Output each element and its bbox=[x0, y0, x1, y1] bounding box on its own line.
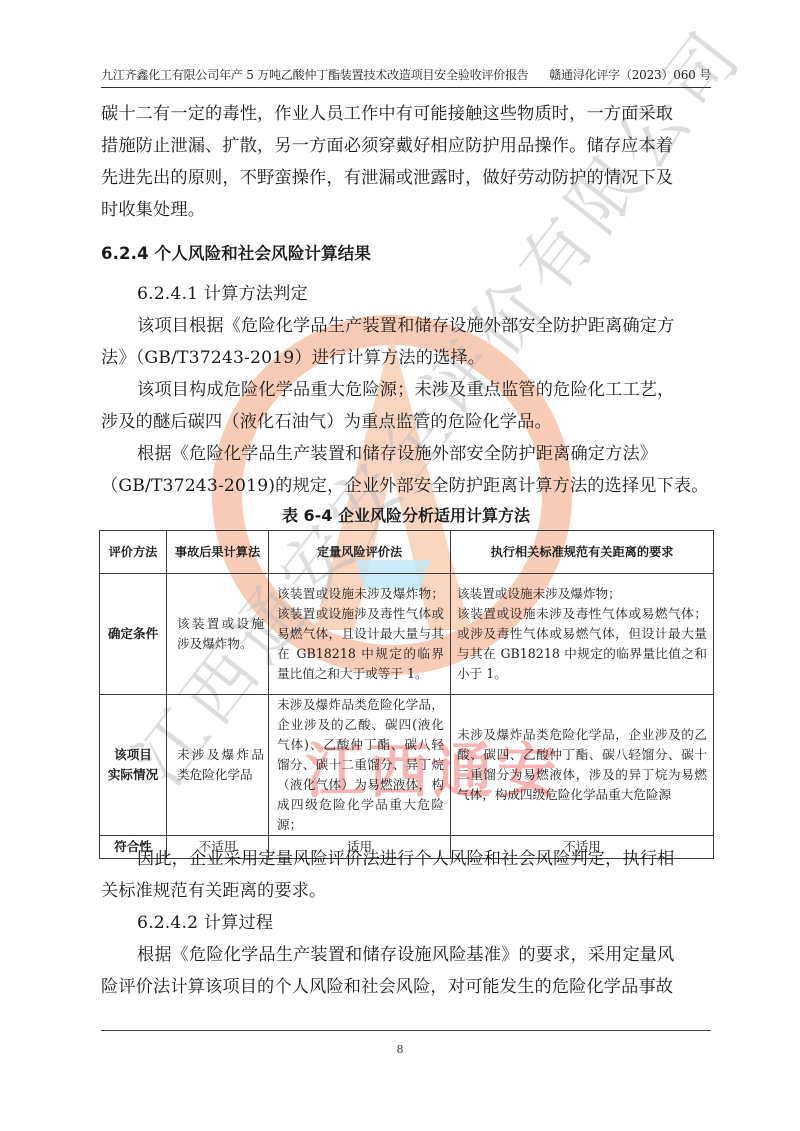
table-cell: 未涉及爆炸品类危险化学品，企业涉及的乙酸、碳四、乙酸仲丁酯、碳八轻馏分、碳十二重… bbox=[451, 695, 714, 836]
row-label: 该项目 实际情况 bbox=[100, 695, 167, 836]
paragraph-line: 险评价法计算该项目的个人风险和社会风险，对可能发生的危险化学品事故 bbox=[101, 976, 711, 998]
subsection-heading: 6.2.4.1 计算方法判定 bbox=[137, 283, 711, 305]
table-header-cell: 定量风险评价法 bbox=[269, 531, 451, 574]
table-cell: 未涉及爆炸品类危险化学品 bbox=[167, 695, 269, 836]
document-number: 赣通浔化评字（2023）060 号 bbox=[549, 66, 711, 84]
table-row: 确定条件 该装置或设施涉及爆炸物。 该装置或设施未涉及爆炸物；该装置或设施涉及毒… bbox=[100, 574, 714, 695]
paragraph-line: 根据《危险化学品生产装置和储存设施风险基准》的要求，采用定量风 bbox=[137, 944, 711, 966]
subsection-heading: 6.2.4.2 计算过程 bbox=[137, 912, 711, 934]
risk-method-table: 评价方法 事故后果计算法 定量风险评价法 执行相关标准规范有关距离的要求 确定条… bbox=[99, 530, 714, 859]
paragraph-line: 根据《危险化学品生产装置和储存设施外部安全防护距离确定方法》 bbox=[137, 443, 711, 465]
footer-divider bbox=[101, 1030, 711, 1031]
table-cell: 未涉及爆炸品类危险化学品，企业涉及的乙酸、碳四(液化气体)、乙酸仲丁酯、碳八轻馏… bbox=[269, 695, 451, 836]
header-divider bbox=[101, 87, 711, 88]
document-title: 九江齐鑫化工有限公司年产 5 万吨乙酸仲丁酯装置技术改造项目安全验收评价报告 bbox=[101, 66, 529, 84]
section-heading: 6.2.4 个人风险和社会风险计算结果 bbox=[101, 243, 711, 265]
table-header-cell: 事故后果计算法 bbox=[167, 531, 269, 574]
table-cell: 该装置或设施未涉及爆炸物；该装置或设施涉及毒性气体或易燃气体，且设计最大量与其在… bbox=[269, 574, 451, 695]
paragraph-line: 该项目构成危险化学品重大危险源；未涉及重点监管的危险化工工艺， bbox=[137, 379, 711, 401]
table-caption: 表 6-4 企业风险分析适用计算方法 bbox=[101, 505, 711, 527]
paragraph-line: 涉及的醚后碳四（液化石油气）为重点监管的危险化学品。 bbox=[101, 411, 711, 433]
paragraph-line: 时收集处理。 bbox=[101, 199, 711, 221]
row-label: 确定条件 bbox=[100, 574, 167, 695]
paragraph-line: 碳十二有一定的毒性，作业人员工作中有可能接触这些物质时，一方面采取 bbox=[101, 103, 711, 125]
table-header-cell: 执行相关标准规范有关距离的要求 bbox=[451, 531, 714, 574]
document-page: 江西通安安全评价有限公司 江西通安 九江齐鑫化工有限公司年产 5 万吨乙酸仲丁酯… bbox=[0, 0, 800, 1131]
table-header-row: 评价方法 事故后果计算法 定量风险评价法 执行相关标准规范有关距离的要求 bbox=[100, 531, 714, 574]
paragraph-line: 因此，企业采用定量风险评价法进行个人风险和社会风险判定，执行相 bbox=[137, 848, 711, 870]
paragraph-line: 该项目根据《危险化学品生产装置和储存设施外部安全防护距离确定方 bbox=[137, 315, 711, 337]
paragraph-line: 措施防止泄漏、扩散，另一方面必须穿戴好相应防护用品操作。储存应本着 bbox=[101, 135, 711, 157]
paragraph-line: 法》（GB/T37243-2019）进行计算方法的选择。 bbox=[101, 347, 711, 369]
paragraph-line: （GB/T37243-2019)的规定，企业外部安全防护距离计算方法的选择见下表… bbox=[101, 475, 711, 497]
table-header-cell: 评价方法 bbox=[100, 531, 167, 574]
page-number: 8 bbox=[0, 1043, 800, 1056]
paragraph-line: 先进先出的原则，不野蛮操作，有泄漏或泄露时，做好劳动防护的情况下及 bbox=[101, 167, 711, 189]
table-row: 该项目 实际情况 未涉及爆炸品类危险化学品 未涉及爆炸品类危险化学品，企业涉及的… bbox=[100, 695, 714, 836]
running-header: 九江齐鑫化工有限公司年产 5 万吨乙酸仲丁酯装置技术改造项目安全验收评价报告 赣… bbox=[101, 66, 711, 88]
table-cell: 该装置或设施涉及爆炸物。 bbox=[167, 574, 269, 695]
paragraph-line: 关标准规范有关距离的要求。 bbox=[101, 880, 711, 902]
table-cell: 该装置或设施未涉及爆炸物； 该装置或设施未涉及毒性气体或易燃气体；或涉及毒性气体… bbox=[451, 574, 714, 695]
